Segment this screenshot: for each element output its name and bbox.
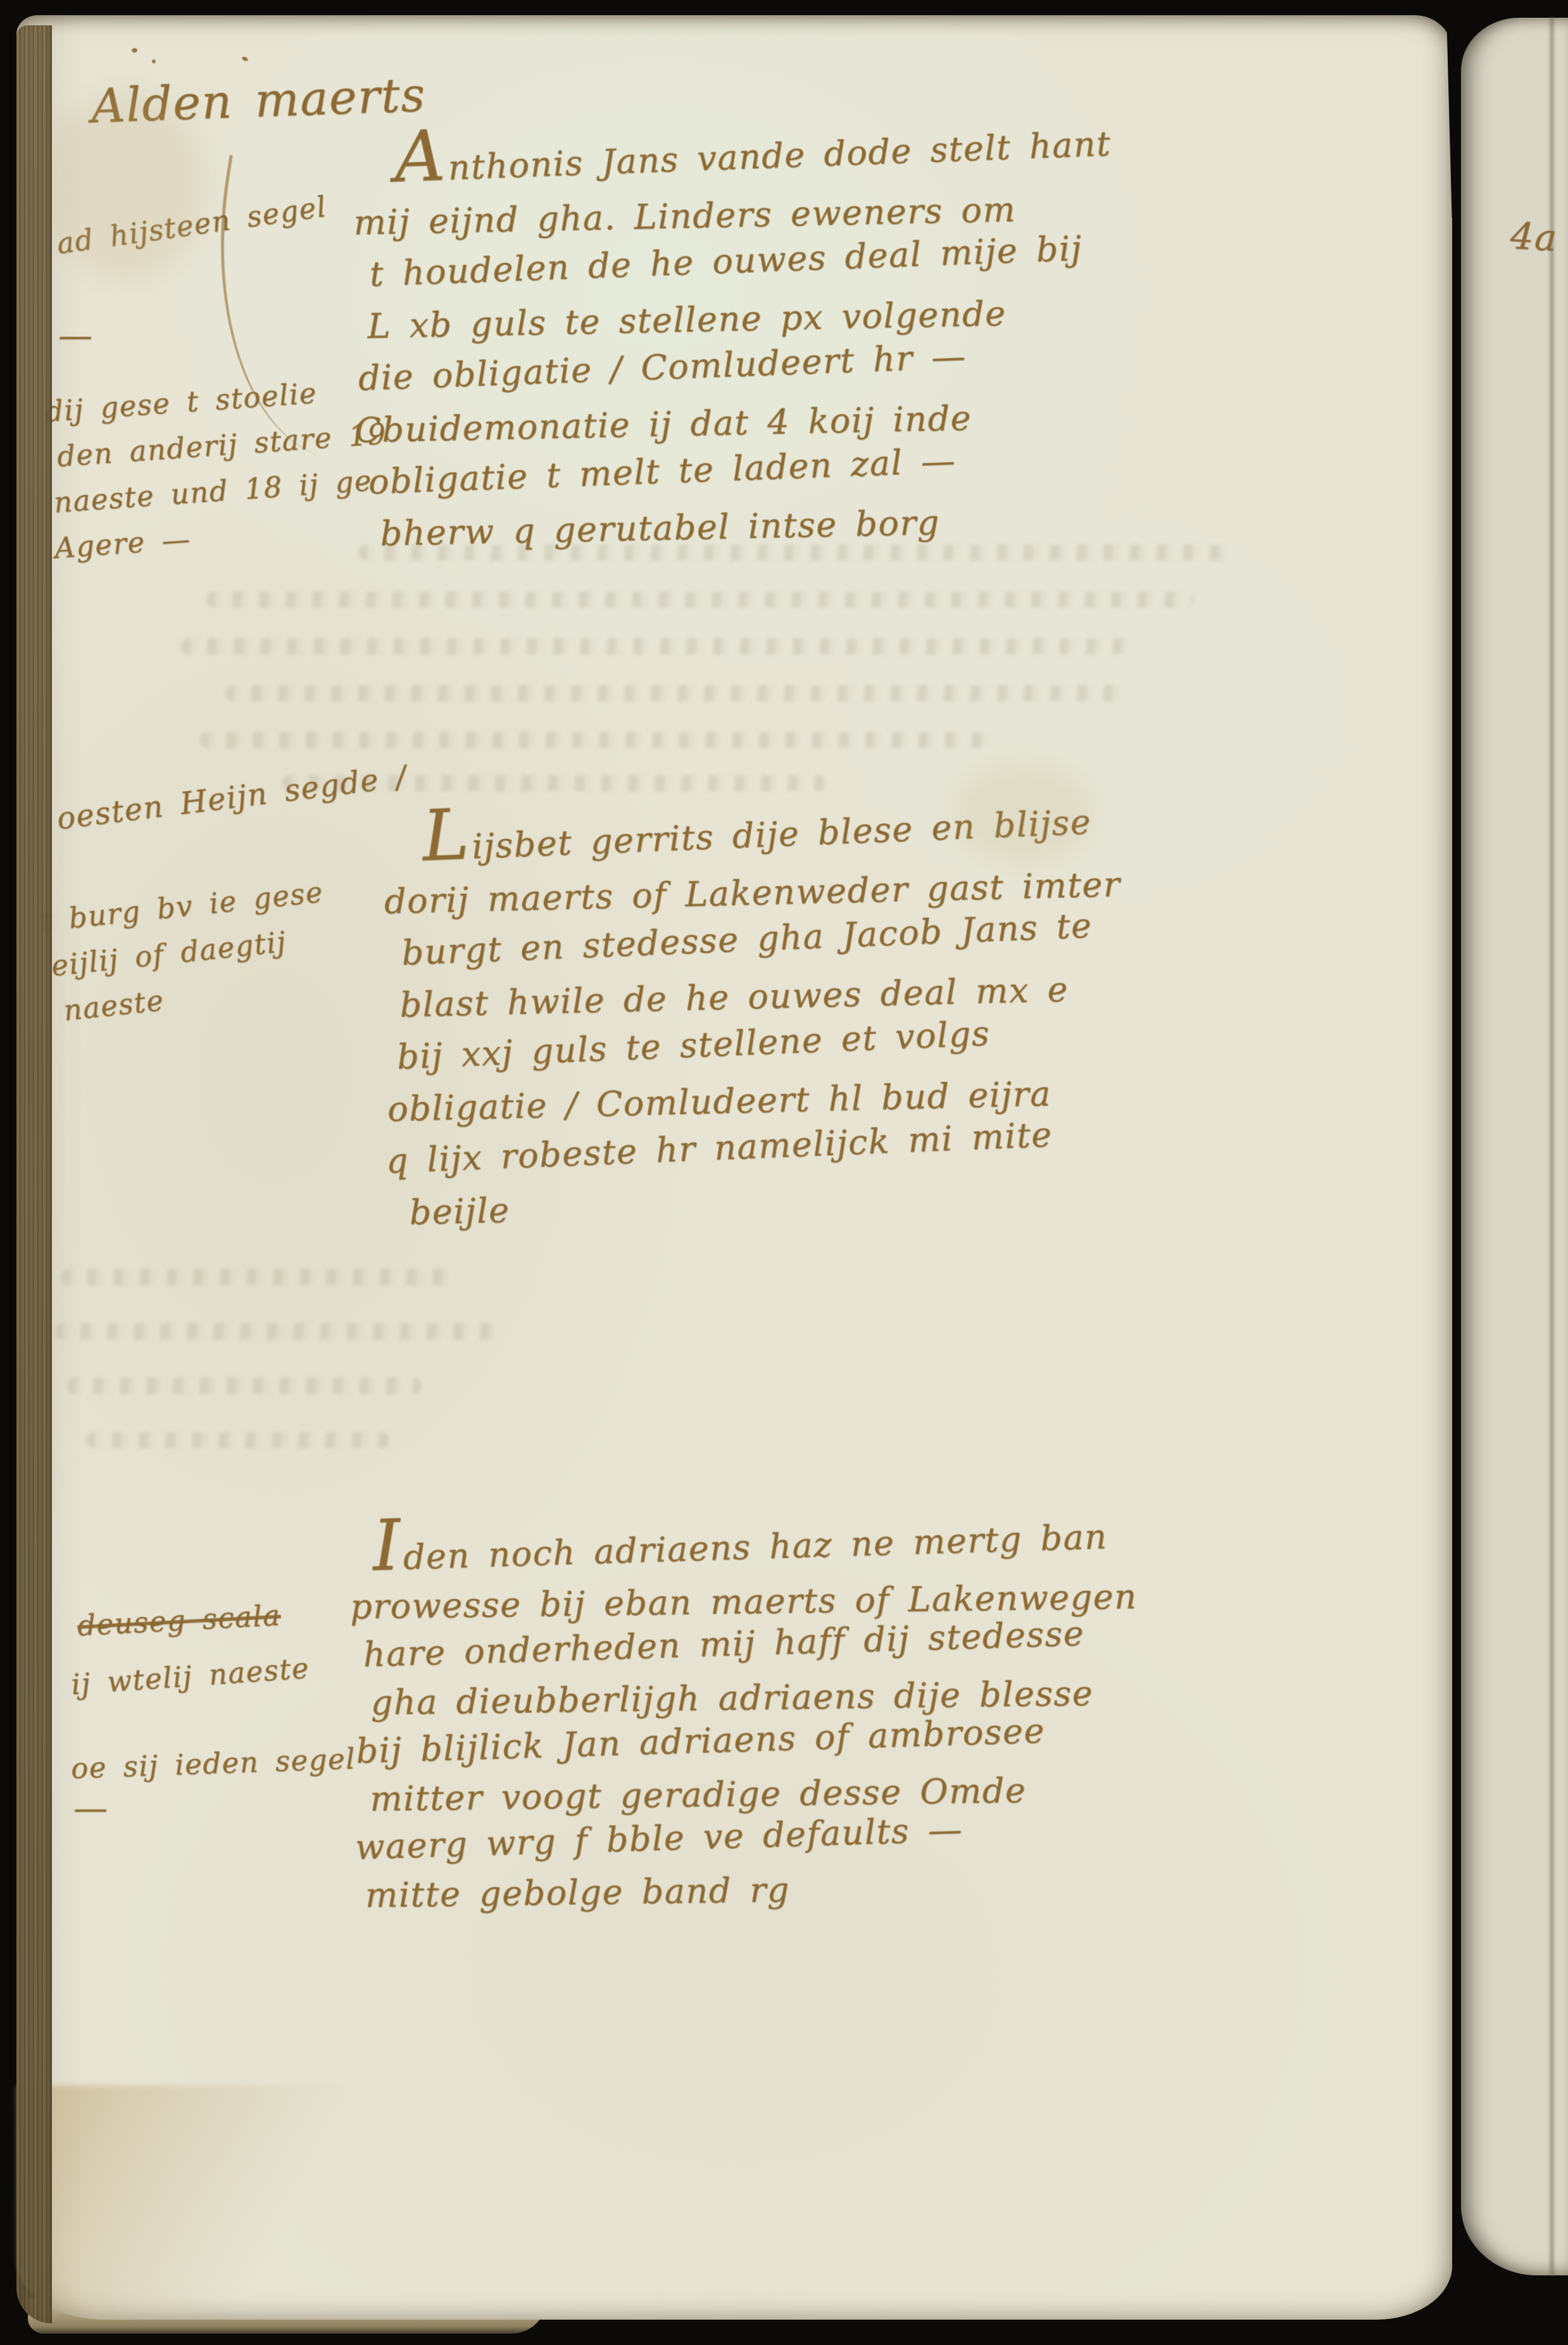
corner-stain <box>16 2085 396 2320</box>
ink-speck <box>241 56 249 62</box>
ink-speck <box>152 60 156 63</box>
entry3-margin-note: ij wtelij naeste <box>70 1645 311 1707</box>
manuscript-scan: Alden maerts ad hijsteen segel — dij ges… <box>0 0 1568 2345</box>
entry1-margin-note-2: dij gese t stoelie den anderij stare 19 … <box>44 366 395 572</box>
entry3-margin-note: oe sij ieden segel <box>70 1736 356 1792</box>
page-crease <box>1550 18 1554 2275</box>
paper-stain <box>953 762 1093 864</box>
paper-stain <box>42 91 206 281</box>
entry3-margin-note-struck: deuseg scala <box>76 1593 282 1649</box>
entry2-paragraph: Lijsbet gerrits dije blese en blijse dor… <box>398 785 1397 1238</box>
page-edge-stack <box>16 25 52 2323</box>
next-page-sliver: 4a <box>1461 18 1568 2275</box>
entry3-margin-dash: — <box>73 1785 108 1831</box>
folio-number: 4a <box>1509 214 1559 260</box>
entry3-paragraph: Iden noch adriaens haz ne mertg ban prow… <box>355 1504 1400 1920</box>
manuscript-line: mitte gebolge band rg <box>365 1858 1400 1920</box>
ink-speck <box>132 48 137 53</box>
entry1-paragraph: Anthonis Jans vande dode stelt hant mij … <box>356 109 1405 560</box>
manuscript-page: Alden maerts ad hijsteen segel — dij ges… <box>16 15 1452 2320</box>
manuscript-line: Iden noch adriaens haz ne mertg ban <box>372 1492 1393 1583</box>
entry1-margin-dash: — <box>58 313 92 358</box>
entry2-margin-note: t burg bv ie gese eijlij of daegtij naes… <box>38 869 335 1035</box>
entry2-margin-heading: oesten Heijn segde / <box>54 753 410 841</box>
